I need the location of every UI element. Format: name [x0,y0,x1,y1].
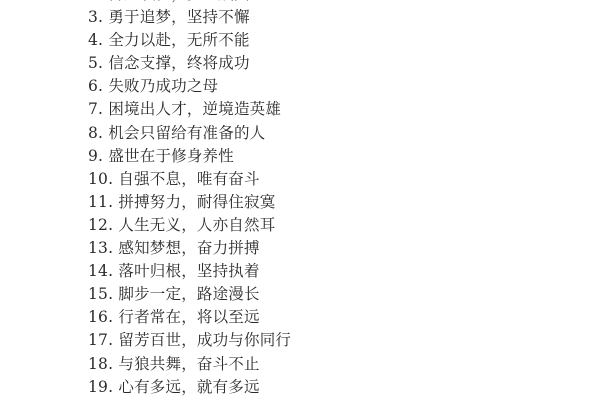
list-item: 5. 信念支撑，终将成功 [88,52,291,75]
item-text: 勇于追梦，坚持不懈 [108,8,249,26]
item-number: 10. [88,168,113,191]
list-item: 10. 自强不息，唯有奋斗 [88,168,291,191]
item-number: 17. [88,329,113,352]
item-text: 留芳百世，成功与你同行 [118,331,291,349]
list-item: 12. 人生无义，人亦自然耳 [88,214,291,237]
item-text: 困境出人才，逆境造英雄 [108,100,281,118]
item-number: 4. [88,29,103,52]
item-number: 7. [88,98,103,121]
list-item: 19. 心有多远，就有多远 [88,376,291,399]
item-text: 拼搏努力，耐得住寂寞 [118,193,275,211]
list-item: 11. 拼搏努力，耐得住寂寞 [88,191,291,214]
item-text: 持之以恒，梦想成真 [108,0,249,3]
list-item: 7. 困境出人才，逆境造英雄 [88,98,291,121]
item-text: 失败乃成功之母 [108,77,218,95]
item-number: 19. [88,376,113,399]
item-number: 15. [88,283,113,306]
list-item: 8. 机会只留给有准备的人 [88,122,291,145]
item-text: 脚步一定，路途漫长 [118,285,259,303]
list-item: 18. 与狼共舞，奋斗不止 [88,353,291,376]
numbered-list: 2. 持之以恒，梦想成真 3. 勇于追梦，坚持不懈 4. 全力以赴，无所不能 5… [88,0,291,399]
item-number: 13. [88,237,113,260]
list-item: 14. 落叶归根，坚持执着 [88,260,291,283]
item-text: 与狼共舞，奋斗不止 [118,355,259,373]
item-text: 心有多远，就有多远 [118,378,259,396]
item-number: 16. [88,306,113,329]
item-text: 全力以赴，无所不能 [108,31,249,49]
list-item: 13. 感知梦想，奋力拼搏 [88,237,291,260]
list-item: 15. 脚步一定，路途漫长 [88,283,291,306]
item-text: 感知梦想，奋力拼搏 [118,239,259,257]
item-text: 信念支撑，终将成功 [108,54,249,72]
list-item: 3. 勇于追梦，坚持不懈 [88,6,291,29]
item-text: 盛世在于修身养性 [108,147,234,165]
item-number: 3. [88,6,103,29]
item-text: 人生无义，人亦自然耳 [118,216,275,234]
list-item: 9. 盛世在于修身养性 [88,145,291,168]
item-number: 18. [88,353,113,376]
item-number: 9. [88,145,103,168]
item-number: 5. [88,52,103,75]
item-text: 机会只留给有准备的人 [108,124,265,142]
item-text: 行者常在，将以至远 [118,308,259,326]
list-item: 4. 全力以赴，无所不能 [88,29,291,52]
document-page: 2. 持之以恒，梦想成真 3. 勇于追梦，坚持不懈 4. 全力以赴，无所不能 5… [0,0,600,400]
list-item: 6. 失败乃成功之母 [88,75,291,98]
item-number: 6. [88,75,103,98]
item-number: 14. [88,260,113,283]
item-text: 自强不息，唯有奋斗 [118,170,259,188]
item-number: 11. [88,191,113,214]
list-item: 17. 留芳百世，成功与你同行 [88,329,291,352]
item-number: 8. [88,122,103,145]
item-text: 落叶归根，坚持执着 [118,262,259,280]
item-number: 12. [88,214,113,237]
list-item: 16. 行者常在，将以至远 [88,306,291,329]
